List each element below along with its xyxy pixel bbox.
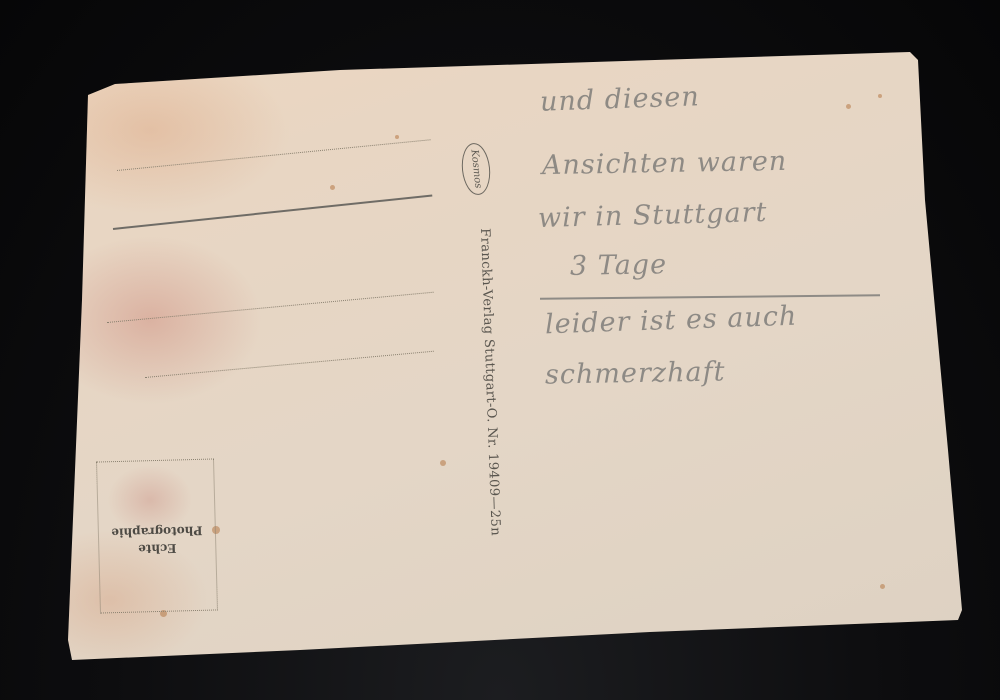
foxing-spot [878,94,882,98]
foxing-spot [395,135,399,139]
stamp-line-echte: Echte [112,539,204,558]
stamp-line-photographie: Photographie [111,522,203,541]
handwriting-line: und diesen [540,81,701,118]
handwriting-line: wir in Stuttgart [538,197,768,234]
foxing-spot [440,460,446,466]
stamp-box-text: Echte Photographie [111,522,203,558]
logo-text: Kosmos [468,149,483,189]
foxing-spot [846,104,851,109]
stamp-box: Echte Photographie [96,458,218,613]
handwriting-line: Ansichten waren [542,146,788,181]
handwriting-line: 3 Tage [570,249,668,282]
foxing-spot [330,185,335,190]
foxing-spot [880,584,885,589]
handwriting-line: schmerzhaft [545,356,726,390]
